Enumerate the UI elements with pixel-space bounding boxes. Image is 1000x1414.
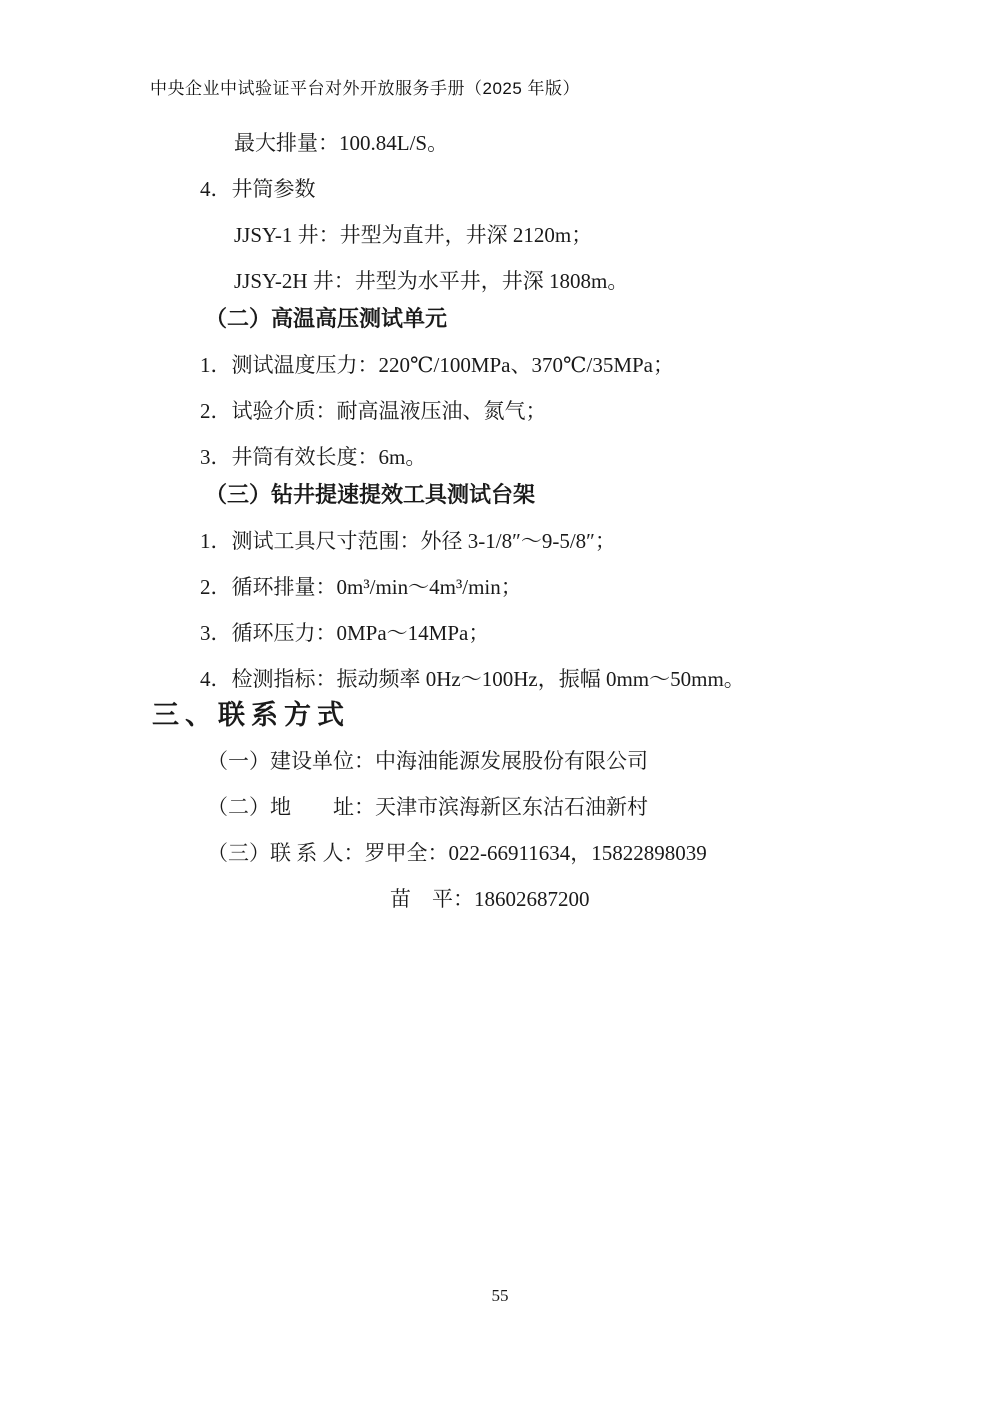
page-header: 中央企业中试验证平台对外开放服务手册（2025 年版）	[150, 74, 580, 99]
contact-address-line: （二）地 址：天津市滨海新区东沽石油新村	[150, 784, 910, 830]
section-3-item-3: 3．循环压力：0MPa～14MPa；	[150, 610, 910, 656]
page-footer: 55	[0, 1286, 1000, 1306]
wellbore-params-title: 4．井筒参数	[150, 166, 910, 212]
contact-construction-unit-line: （一）建设单位：中海油能源发展股份有限公司	[150, 738, 910, 784]
contact-person-line-1: （三）联 系 人：罗甲全：022-66911634，15822898039	[150, 830, 910, 876]
section-3-item-1: 1．测试工具尺寸范围：外径 3-1/8″～9-5/8″；	[150, 518, 910, 564]
well-jjsy1-line: JJSY-1 井：井型为直井，井深 2120m；	[150, 212, 910, 258]
section-2-item-1: 1．测试温度压力：220℃/100MPa、370℃/35MPa；	[150, 342, 910, 388]
document-page: 中央企业中试验证平台对外开放服务手册（2025 年版） 最大排量：100.84L…	[0, 0, 1000, 1414]
page-number: 55	[492, 1286, 509, 1305]
section-3-heading: （三）钻井提速提效工具测试台架	[150, 472, 910, 518]
page-header-title: 中央企业中试验证平台对外开放服务手册（2025 年版）	[150, 79, 580, 98]
section-3-item-2: 2．循环排量：0m³/min～4m³/min；	[150, 564, 910, 610]
max-displacement-line: 最大排量：100.84L/S。	[150, 120, 910, 166]
contact-person-line-2: 苗 平：18602687200	[150, 876, 910, 922]
section-2-item-2: 2．试验介质：耐高温液压油、氮气；	[150, 388, 910, 434]
document-body: 最大排量：100.84L/S。 4．井筒参数 JJSY-1 井：井型为直井，井深…	[150, 120, 910, 922]
